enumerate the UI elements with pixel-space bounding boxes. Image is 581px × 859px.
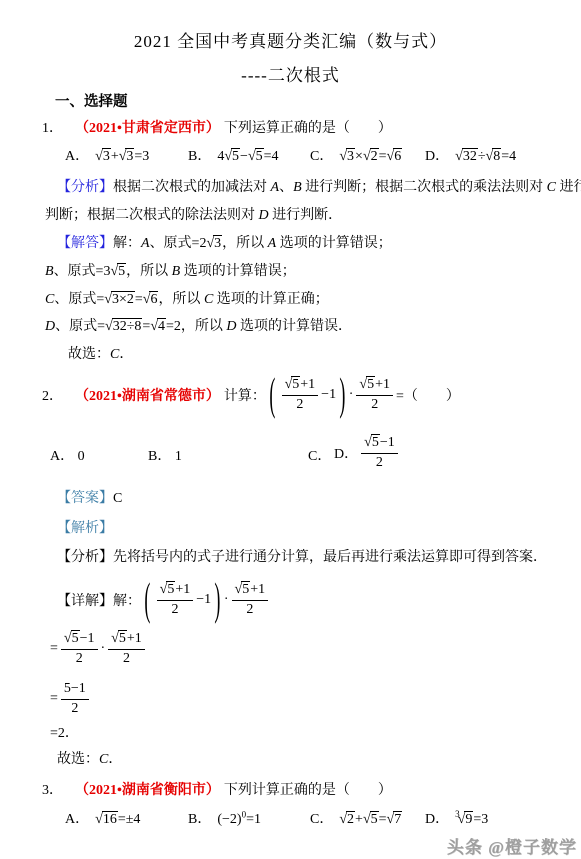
q1-option-b-math: 4√5−√5=4 xyxy=(217,149,278,164)
q3-option-d: D．3√9=3 xyxy=(425,808,488,828)
question-1-number: 1． xyxy=(42,117,63,137)
q1-analysis-line1: 【分析】根据二次根式的加减法对 A、B 进行判断；根据二次根式的乘法法则对 C … xyxy=(57,176,581,196)
q3-option-a-math: √16=±4 xyxy=(95,812,140,827)
q1-option-a: A．√3+√3=3 xyxy=(65,145,149,165)
q3-option-a: A．√16=±4 xyxy=(65,808,140,828)
section-heading: 一、选择题 xyxy=(55,90,128,111)
question-3-number: 3． xyxy=(42,779,63,799)
question-2-tag: （2021•湖南省常德市） xyxy=(75,385,220,405)
q1-option-a-math: √3+√3=3 xyxy=(95,149,149,164)
q3-option-b-math: (−2)0=1 xyxy=(217,812,261,827)
q1-solution-label: 【解答】 xyxy=(57,236,113,251)
q2-answer-value: C xyxy=(113,491,122,506)
q3-option-b: B．(−2)0=1 xyxy=(188,808,261,828)
q1-option-c-label: C． xyxy=(310,149,333,164)
question-3: 3．（2021•湖南省衡阳市）下列计算正确的是（ ） xyxy=(42,779,392,799)
q1-conclusion-text: 故选：C． xyxy=(68,347,133,362)
q1-option-b-label: B． xyxy=(188,149,211,164)
q1-option-d-label: D． xyxy=(425,149,449,164)
q2-xiangjie: 【详解】 解：(√5+12−1)·√5+12 xyxy=(57,573,271,627)
q2-option-c: C． xyxy=(308,445,331,465)
q2-option-b: B． 1 xyxy=(148,445,182,465)
q3-option-d-label: D． xyxy=(425,812,449,827)
q1-solution-text1: 解：A、原式=2√3，所以 A 选项的计算错误； xyxy=(113,236,392,251)
q3-option-b-label: B． xyxy=(188,812,211,827)
page-title: 2021 全国中考真题分类汇编（数与式） xyxy=(0,27,581,52)
question-2-number: 2． xyxy=(42,385,63,405)
q1-analysis-line2: 判断；根据二次根式的除法法则对 D 进行判断． xyxy=(45,204,342,224)
q3-option-c-math: √2+√5=√7 xyxy=(339,812,402,827)
q2-step-2-math: =5−12 xyxy=(50,680,92,719)
q2-xiangjie-formula: 解：(√5+12−1)·√5+12 xyxy=(113,581,271,620)
question-2-formula: (√5+12−1)·√5+12=（ ） xyxy=(266,376,460,415)
q2-option-a-value: 0 xyxy=(78,449,85,464)
q2-fenxi: 【分析】先将括号内的式子进行通分计算，最后再进行乘法运算即可得到答案． xyxy=(57,546,547,566)
q1-solution-line3: C、原式=√3×2=√6，所以 C 选项的计算正确； xyxy=(45,288,329,308)
q2-step-2: =5−12 xyxy=(50,676,92,722)
q3-option-a-label: A． xyxy=(65,812,89,827)
q2-option-d-math: √5−12 xyxy=(358,434,401,473)
q2-step-3-math: =2． xyxy=(50,726,79,741)
q2-option-a-label: A． xyxy=(50,449,74,464)
q1-option-d-math: √32÷√8=4 xyxy=(455,149,516,164)
question-3-tag: （2021•湖南省衡阳市） xyxy=(75,783,220,798)
q1-option-b: B．4√5−√5=4 xyxy=(188,145,279,165)
q1-solution-text4: D、原式=√32÷8=√4=2，所以 D 选项的计算错误． xyxy=(45,319,352,334)
question-1-tag: （2021•甘肃省定西市） xyxy=(75,121,220,136)
q2-step-3: =2． xyxy=(50,722,79,742)
q2-fenxi-label: 【分析】 xyxy=(57,550,113,565)
q1-solution-line4: D、原式=√32÷8=√4=2，所以 D 选项的计算错误． xyxy=(45,315,352,335)
q1-analysis-text2: 判断；根据二次根式的除法法则对 D 进行判断． xyxy=(45,208,342,223)
question-2-stem-prefix: 计算： xyxy=(224,385,266,405)
q2-step-1: =√5−12·√5+12 xyxy=(50,626,148,672)
q2-option-c-label: C． xyxy=(308,449,331,464)
document-page: 2021 全国中考真题分类汇编（数与式） ----二次根式 一、选择题 1．（2… xyxy=(0,0,581,859)
page-subtitle: ----二次根式 xyxy=(0,61,581,86)
q1-option-c-math: √3×√2=√6 xyxy=(339,149,402,164)
q3-option-c: C．√2+√5=√7 xyxy=(310,808,402,828)
q1-solution-text2: B、原式=3√5，所以 B 选项的计算错误； xyxy=(45,264,296,279)
q2-option-d: D． √5−12 xyxy=(334,430,401,476)
watermark: 头条 @橙子数学 xyxy=(447,833,577,858)
q2-option-d-label: D． xyxy=(334,443,358,463)
q1-option-a-label: A． xyxy=(65,149,89,164)
q1-conclusion: 故选：C． xyxy=(68,343,133,363)
question-1-stem: 下列运算正确的是（ ） xyxy=(224,121,392,136)
q3-option-d-math: 3√9=3 xyxy=(455,812,488,827)
q1-option-d: D．√32÷√8=4 xyxy=(425,145,516,165)
q2-xiangjie-label: 【详解】 xyxy=(57,590,113,610)
q2-conclusion: 故选：C． xyxy=(57,748,122,768)
q1-solution-line2: B、原式=3√5，所以 B 选项的计算错误； xyxy=(45,260,296,280)
q1-analysis-text1: 根据二次根式的加减法对 A、B 进行判断；根据二次根式的乘法法则对 C 进行 xyxy=(113,180,581,195)
q1-solution-line1: 【解答】解：A、原式=2√3，所以 A 选项的计算错误； xyxy=(57,232,392,252)
q3-option-c-label: C． xyxy=(310,812,333,827)
q1-solution-text3: C、原式=√3×2=√6，所以 C 选项的计算正确； xyxy=(45,292,329,307)
q2-option-b-value: 1 xyxy=(175,449,182,464)
q2-option-a: A． 0 xyxy=(50,445,85,465)
q1-analysis-label: 【分析】 xyxy=(57,180,113,195)
q2-answer-label: 【答案】 xyxy=(57,491,113,506)
question-2: 2． （2021•湖南省常德市） 计算： (√5+12−1)·√5+12=（ ） xyxy=(42,368,460,422)
q2-jiexi-label: 【解析】 xyxy=(57,517,113,537)
q2-step-1-math: =√5−12·√5+12 xyxy=(50,630,148,669)
q2-answer: 【答案】C xyxy=(57,487,122,507)
q2-conclusion-text: 故选：C． xyxy=(57,752,122,767)
question-3-stem: 下列计算正确的是（ ） xyxy=(224,783,392,798)
question-1: 1．（2021•甘肃省定西市）下列运算正确的是（ ） xyxy=(42,117,392,137)
q1-option-c: C．√3×√2=√6 xyxy=(310,145,402,165)
q2-fenxi-text: 先将括号内的式子进行通分计算，最后再进行乘法运算即可得到答案． xyxy=(113,550,547,565)
q2-option-b-label: B． xyxy=(148,449,171,464)
